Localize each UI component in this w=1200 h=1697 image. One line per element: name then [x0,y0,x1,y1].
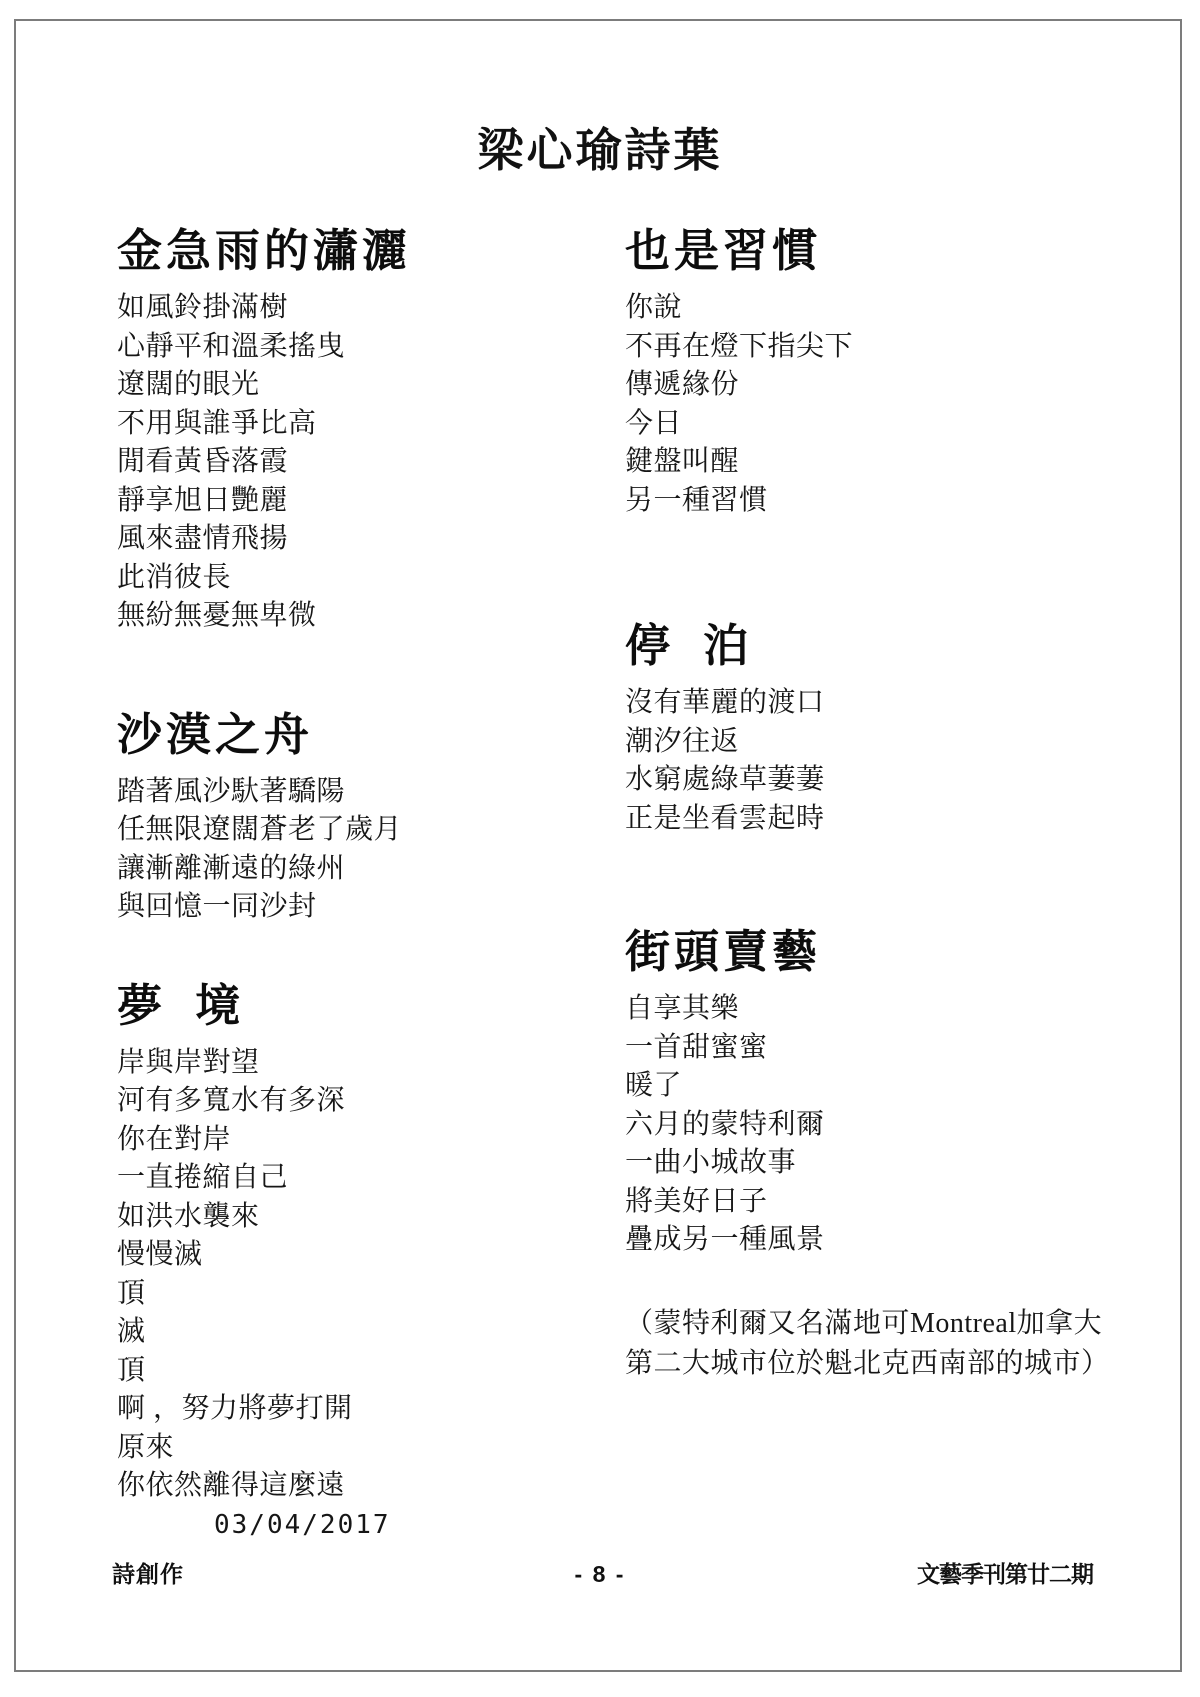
poem-title: 沙漠之舟 [117,710,612,760]
page-title: 梁心瑜詩葉 [0,122,1200,180]
poem-line: 你依然離得這麼遠 [117,1467,612,1506]
poem-line: 今日 [625,405,1170,444]
poem-section-meng-jing: 夢 境岸與岸對望河有多寬水有多深你在對岸一直捲縮自己如洪水襲來慢慢滅頂滅頂啊 ，… [117,981,612,1545]
poem-line: 心靜平和溫柔搖曳 [117,328,612,367]
poem-date: 03/04/2017 [117,1506,612,1545]
poem-line: 慢慢滅 [117,1236,612,1275]
poem-section-ting-bo: 停 泊沒有華麗的渡口潮汐往返水窮處綠草萋萋正是坐看雲起時 [625,621,1170,838]
poem-line: 你說 [625,289,1170,328]
poem-section-jie-tou-mai-yi: 街頭賣藝自享其樂一首甜蜜蜜暖了六月的蒙特利爾一曲小城故事將美好日子疊成另一種風景… [625,927,1170,1384]
document-page: { "colors": { "text": "#161616", "headin… [0,0,1200,1697]
poem-line: 將美好日子 [625,1183,1170,1222]
poem-line: 水窮處綠草萋萋 [625,761,1170,800]
poem-line: 岸與岸對望 [117,1044,612,1083]
poem-line: 正是坐看雲起時 [625,800,1170,839]
poem-line: 自享其樂 [625,990,1170,1029]
poem-line: 遼闊的眼光 [117,366,612,405]
poem-section-ye-shi-xi-guan: 也是習慣你說不再在燈下指尖下傳遞緣份今日鍵盤叫醒另一種習慣 [625,226,1170,520]
poem-line: 另一種習慣 [625,482,1170,521]
poem-section-jin-ji-yu: 金急雨的瀟灑如風鈴掛滿樹心靜平和溫柔搖曳遼闊的眼光不用與誰爭比高閒看黃昏落霞靜享… [117,226,612,636]
poem-line: 河有多寬水有多深 [117,1082,612,1121]
poem-line: 靜享旭日艷麗 [117,482,612,521]
poem-note-line: 第二大城市位於魁北克西南部的城市） [625,1344,1170,1384]
footer-issue-label: 文藝季刊第廿二期 [917,1561,1093,1587]
poem-line: 閒看黃昏落霞 [117,443,612,482]
poem-line: 風來盡情飛揚 [117,520,612,559]
poem-line: 一首甜蜜蜜 [625,1029,1170,1068]
right-column: 也是習慣你說不再在燈下指尖下傳遞緣份今日鍵盤叫醒另一種習慣 停 泊沒有華麗的渡口… [625,226,1170,1384]
poem-line: 頂 [117,1275,612,1314]
poem-line: 滅 [117,1313,612,1352]
poem-line: 此消彼長 [117,559,612,598]
poem-line: 讓漸離漸遠的綠州 [117,850,612,889]
poem-line: 如風鈴掛滿樹 [117,289,612,328]
poem-line: 無紛無憂無卑微 [117,597,612,636]
poem-line: 疊成另一種風景 [625,1221,1170,1260]
poem-line: 啊 ，努力將夢打開 [117,1390,612,1429]
poem-line: 鍵盤叫醒 [625,443,1170,482]
poem-line: 如洪水襲來 [117,1198,612,1237]
poem-title: 金急雨的瀟灑 [117,226,612,276]
poem-line: 六月的蒙特利爾 [625,1106,1170,1145]
poem-line: 不再在燈下指尖下 [625,328,1170,367]
poem-line: 一曲小城故事 [625,1144,1170,1183]
poem-title: 也是習慣 [625,226,1170,276]
poem-note-line: （蒙特利爾又名滿地可Montreal加拿大 [625,1304,1170,1344]
poem-title: 停 泊 [625,621,1170,671]
poem-line: 你在對岸 [117,1121,612,1160]
poem-line: 潮汐往返 [625,723,1170,762]
poem-note: （蒙特利爾又名滿地可Montreal加拿大第二大城市位於魁北克西南部的城市） [625,1304,1170,1384]
poem-line: 沒有華麗的渡口 [625,684,1170,723]
poem-title: 夢 境 [117,981,612,1031]
left-column: 金急雨的瀟灑如風鈴掛滿樹心靜平和溫柔搖曳遼闊的眼光不用與誰爭比高閒看黃昏落霞靜享… [117,226,612,1544]
poem-line: 暖了 [625,1067,1170,1106]
poem-title: 街頭賣藝 [625,927,1170,977]
poem-line: 不用與誰爭比高 [117,405,612,444]
poem-line: 頂 [117,1352,612,1391]
poem-line: 傳遞緣份 [625,366,1170,405]
poem-line: 與回憶一同沙封 [117,888,612,927]
poem-line: 任無限遼闊蒼老了歲月 [117,811,612,850]
poem-section-sha-mo-zhi-zhou: 沙漠之舟踏著風沙馱著驕陽任無限遼闊蒼老了歲月讓漸離漸遠的綠州與回憶一同沙封 [117,710,612,927]
poem-line: 踏著風沙馱著驕陽 [117,773,612,812]
poem-line: 一直捲縮自己 [117,1159,612,1198]
poem-line: 原來 [117,1429,612,1468]
